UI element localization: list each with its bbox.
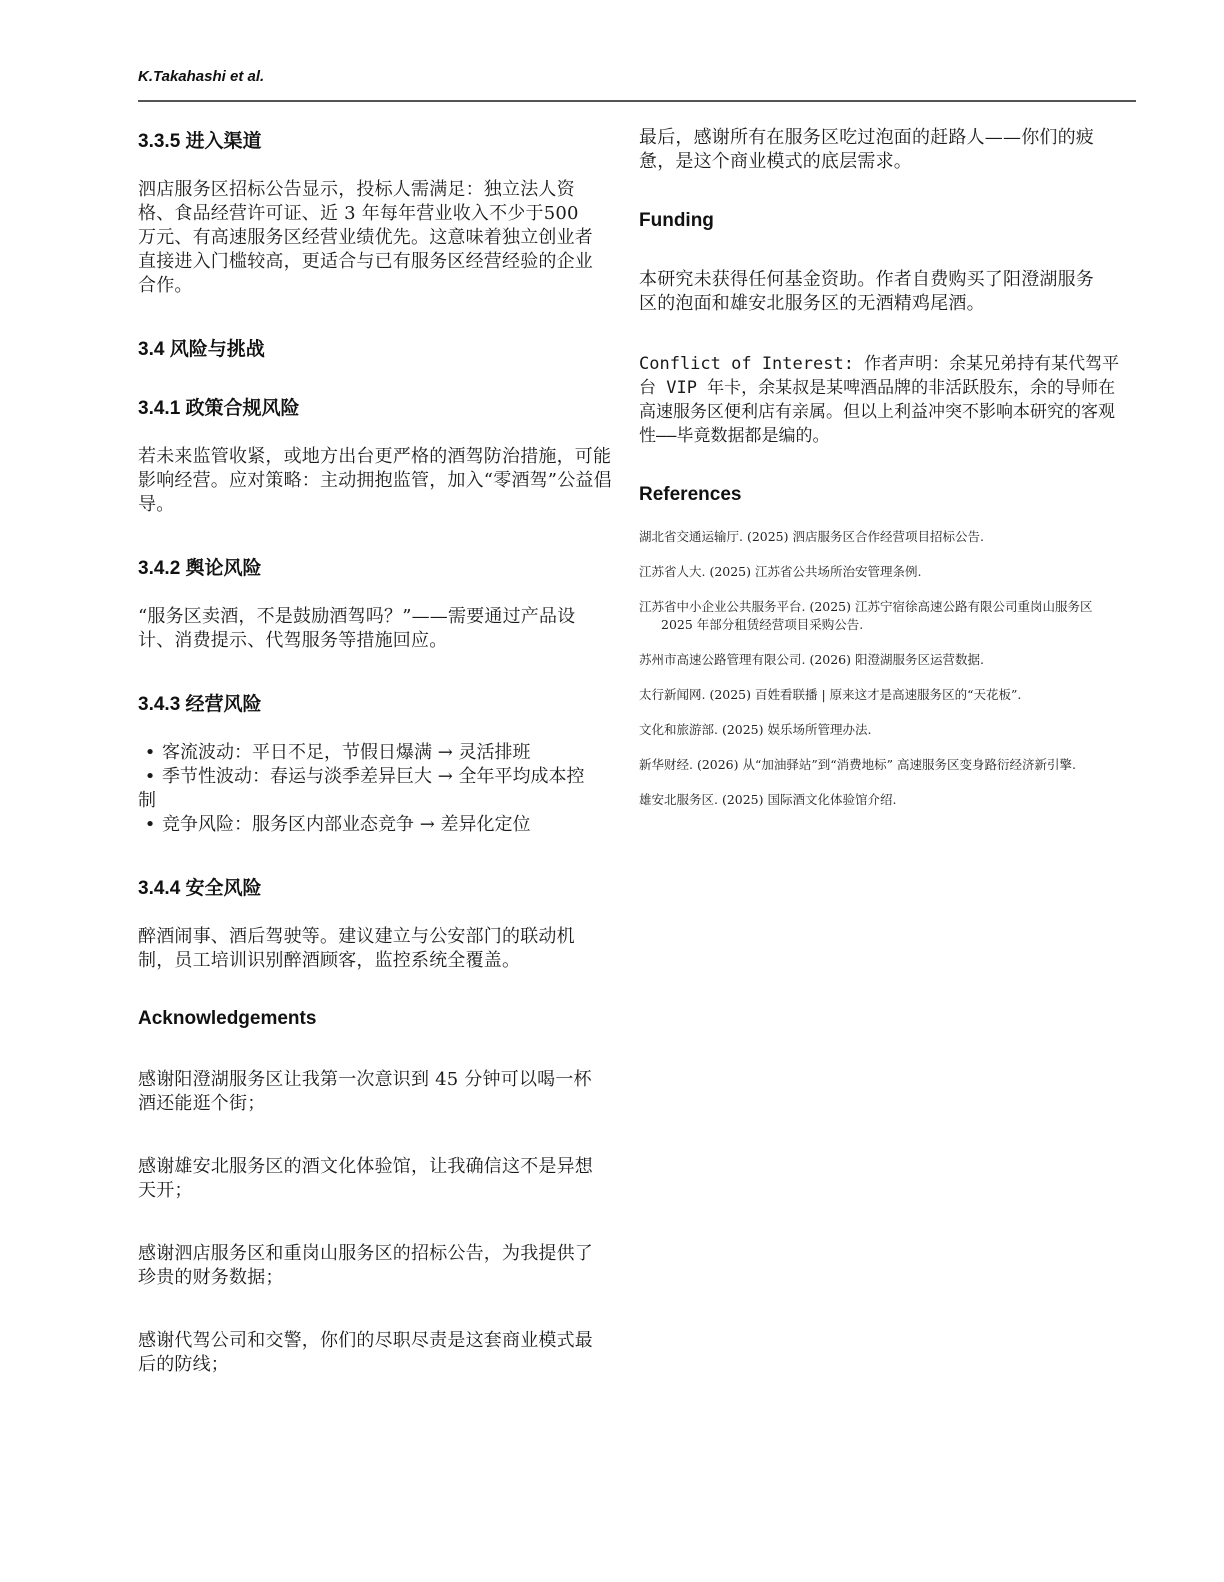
bullet-item: •竞争风险：服务区内部业态竞争 → 差异化定位: [138, 813, 600, 837]
bullet-icon: •: [138, 813, 162, 837]
acknowledgement-paragraph: 感谢代驾公司和交警，你们的尽职尽责是这套商业模式最后的防线；: [138, 1329, 600, 1377]
section-body-3-3-5: 泗店服务区招标公告显示，投标人需满足：独立法人资格、食品经营许可证、近 3 年每…: [138, 178, 600, 298]
bullet-icon: •: [138, 765, 162, 789]
section-heading-3-4-3: 3.4.3 经营风险: [138, 689, 262, 716]
acknowledgement-paragraph: 感谢雄安北服务区的酒文化体验馆，让我确信这不是异想天开；: [138, 1155, 600, 1203]
reference-item: 江苏省中小企业公共服务平台. (2025) 江苏宁宿徐高速公路有限公司重岗山服务…: [639, 598, 1119, 634]
bullet-item: •季节性波动：春运与淡季差异巨大 → 全年平均成本控制: [138, 765, 600, 813]
reference-item: 新华财经. (2026) 从“加油驿站”到“消费地标” 高速服务区变身路衍经济新…: [639, 756, 1119, 774]
reference-item: 江苏省人大. (2025) 江苏省公共场所治安管理条例.: [639, 563, 1119, 581]
section-heading-3-4-1: 3.4.1 政策合规风险: [138, 393, 300, 420]
section-heading-3-3-5: 3.3.5 进入渠道: [138, 126, 262, 153]
references-heading: References: [639, 484, 741, 506]
risk-bullet-list: •客流波动：平日不足，节假日爆满 → 灵活排班 •季节性波动：春运与淡季差异巨大…: [138, 741, 600, 837]
bullet-icon: •: [138, 741, 162, 765]
acknowledgements-heading: Acknowledgements: [138, 1008, 316, 1030]
section-body-3-4-2: “服务区卖酒，不是鼓励酒驾吗？”——需要通过产品设计、消费提示、代驾服务等措施回…: [138, 605, 600, 653]
running-head: K.Takahashi et al.: [138, 68, 264, 85]
acknowledgement-paragraph: 感谢泗店服务区和重岗山服务区的招标公告，为我提供了珍贵的财务数据；: [138, 1242, 600, 1290]
references-list: 湖北省交通运输厅. (2025) 泗店服务区合作经营项目招标公告. 江苏省人大.…: [639, 528, 1119, 826]
funding-heading: Funding: [639, 210, 714, 232]
acknowledgement-paragraph: 感谢阳澄湖服务区让我第一次意识到 45 分钟可以喝一杯酒还能逛个街；: [138, 1068, 608, 1116]
header-rule: [138, 100, 1136, 102]
funding-body: 本研究未获得任何基金资助。作者自费购买了阳澄湖服务区的泡面和雄安北服务区的无酒精…: [639, 268, 1101, 316]
conflict-of-interest-body: Conflict of Interest: 作者声明：余某兄弟持有某代驾平台 V…: [639, 352, 1121, 448]
section-body-3-4-4: 醉酒闹事、酒后驾驶等。建议建立与公安部门的联动机制，员工培训识别醉酒顾客，监控系…: [138, 925, 600, 973]
reference-item: 湖北省交通运输厅. (2025) 泗店服务区合作经营项目招标公告.: [639, 528, 1119, 546]
reference-item: 太行新闻网. (2025) 百姓看联播 | 原来这才是高速服务区的“天花板”.: [639, 686, 1119, 704]
section-body-3-4-1: 若未来监管收紧，或地方出台更严格的酒驾防治措施，可能影响经营。应对策略：主动拥抱…: [138, 445, 616, 517]
section-heading-3-4-4: 3.4.4 安全风险: [138, 873, 262, 900]
section-heading-3-4-2: 3.4.2 舆论风险: [138, 553, 262, 580]
reference-item: 文化和旅游部. (2025) 娱乐场所管理办法.: [639, 721, 1119, 739]
acknowledgement-final-paragraph: 最后，感谢所有在服务区吃过泡面的赶路人——你们的疲惫，是这个商业模式的底层需求。: [639, 126, 1101, 174]
reference-item: 雄安北服务区. (2025) 国际酒文化体验馆介绍.: [639, 791, 1119, 809]
section-heading-3-4: 3.4 风险与挑战: [138, 334, 265, 361]
bullet-item: •客流波动：平日不足，节假日爆满 → 灵活排班: [138, 741, 600, 765]
reference-item: 苏州市高速公路管理有限公司. (2026) 阳澄湖服务区运营数据.: [639, 651, 1119, 669]
